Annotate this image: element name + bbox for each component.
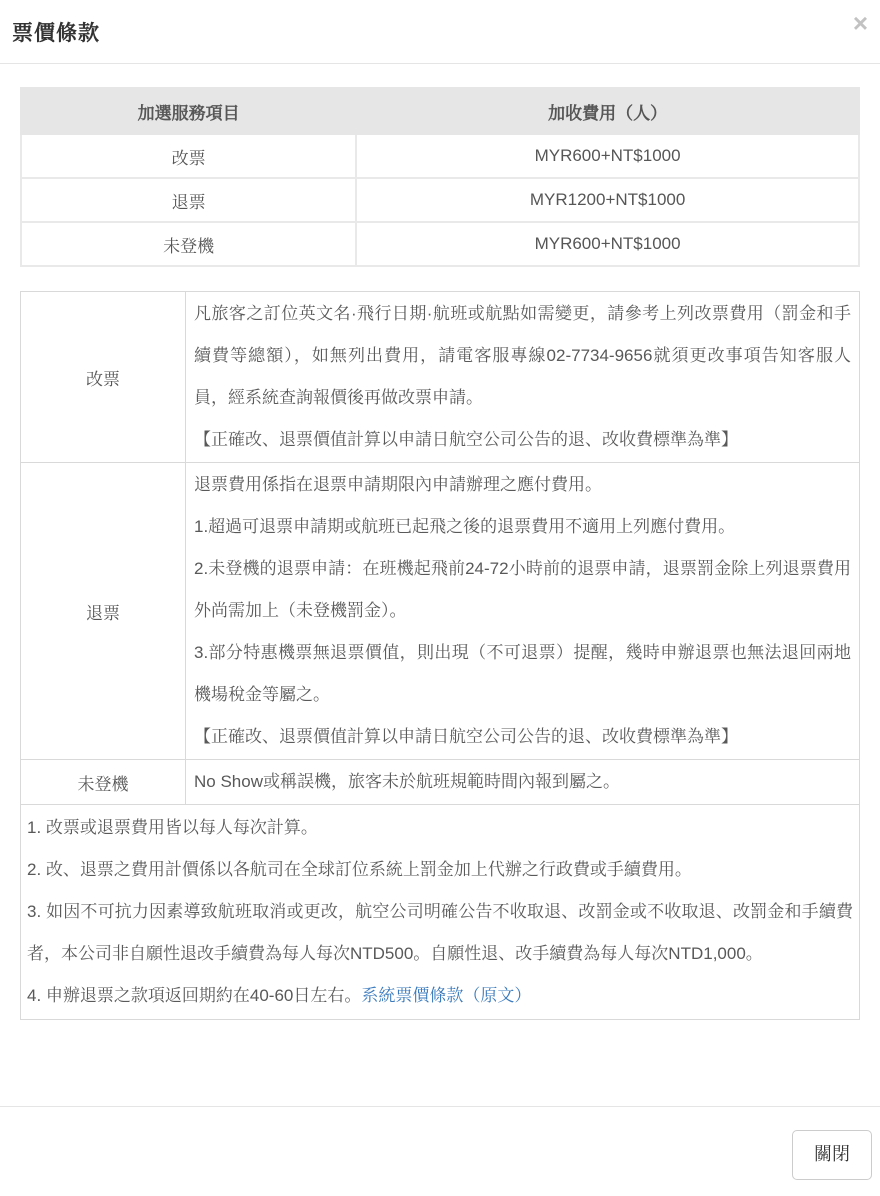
close-button[interactable]: 關閉 <box>792 1130 872 1180</box>
modal-footer: 關閉 <box>0 1106 880 1196</box>
fees-col-fee-header: 加收費用（人） <box>356 88 859 134</box>
terms-paragraph: 1.超過可退票申請期或航班已起飛之後的退票費用不適用上列應付費用。 <box>194 506 851 548</box>
note-item: 4. 申辦退票之款項返回期約在40-60日左右。系統票價條款（原文） <box>27 975 853 1017</box>
terms-row-content: No Show或稱誤機，旅客未於航班規範時間內報到屬之。 <box>186 760 860 805</box>
close-icon[interactable]: × <box>849 8 872 38</box>
terms-row-label: 退票 <box>21 463 186 760</box>
fees-fee-cell: MYR1200+NT$1000 <box>356 178 859 222</box>
terms-paragraph: No Show或稱誤機，旅客未於航班規範時間內報到屬之。 <box>194 761 851 803</box>
fees-item-cell: 未登機 <box>21 222 356 266</box>
terms-row-label: 改票 <box>21 292 186 463</box>
terms-row-label: 未登機 <box>21 760 186 805</box>
modal-title: 票價條款 <box>12 17 868 47</box>
terms-paragraph: 【正確改、退票價值計算以申請日航空公司公告的退、改收費標準為準】 <box>194 716 851 758</box>
fees-col-service-header: 加選服務項目 <box>21 88 356 134</box>
terms-table: 改票凡旅客之訂位英文名·飛行日期·航班或航點如需變更，請參考上列改票費用（罰金和… <box>20 291 860 1020</box>
fees-header-row: 加選服務項目 加收費用（人） <box>21 88 859 134</box>
terms-table-row: 未登機No Show或稱誤機，旅客未於航班規範時間內報到屬之。 <box>21 760 860 805</box>
terms-paragraph: 退票費用係指在退票申請期限內申請辦理之應付費用。 <box>194 464 851 506</box>
fees-table-row: 未登機MYR600+NT$1000 <box>21 222 859 266</box>
terms-table-row: 改票凡旅客之訂位英文名·飛行日期·航班或航點如需變更，請參考上列改票費用（罰金和… <box>21 292 860 463</box>
terms-paragraph: 3.部分特惠機票無退票價值，則出現（不可退票）提醒，幾時申辦退票也無法退回兩地機… <box>194 632 851 716</box>
note-item: 2. 改、退票之費用計價係以各航司在全球訂位系統上罰金加上代辦之行政費或手續費用… <box>27 849 853 891</box>
terms-row-content: 退票費用係指在退票申請期限內申請辦理之應付費用。1.超過可退票申請期或航班已起飛… <box>186 463 860 760</box>
fees-table: 加選服務項目 加收費用（人） 改票MYR600+NT$1000退票MYR1200… <box>20 87 860 267</box>
terms-notes-cell: 1. 改票或退票費用皆以每人每次計算。2. 改、退票之費用計價係以各航司在全球訂… <box>21 805 860 1020</box>
modal-body: 加選服務項目 加收費用（人） 改票MYR600+NT$1000退票MYR1200… <box>0 64 880 1106</box>
fees-table-row: 退票MYR1200+NT$1000 <box>21 178 859 222</box>
fees-fee-cell: MYR600+NT$1000 <box>356 222 859 266</box>
terms-notes-row: 1. 改票或退票費用皆以每人每次計算。2. 改、退票之費用計價係以各航司在全球訂… <box>21 805 860 1020</box>
terms-table-row: 退票退票費用係指在退票申請期限內申請辦理之應付費用。1.超過可退票申請期或航班已… <box>21 463 860 760</box>
fees-item-cell: 退票 <box>21 178 356 222</box>
fees-table-row: 改票MYR600+NT$1000 <box>21 134 859 178</box>
fees-fee-cell: MYR600+NT$1000 <box>356 134 859 178</box>
fare-terms-original-link[interactable]: 系統票價條款（原文） <box>361 986 531 1005</box>
note-item: 1. 改票或退票費用皆以每人每次計算。 <box>27 807 853 849</box>
fare-terms-modal: 票價條款 × 加選服務項目 加收費用（人） 改票MYR600+NT$1000退票… <box>0 0 880 1196</box>
terms-paragraph: 2.未登機的退票申請：在班機起飛前24-72小時前的退票申請，退票罰金除上列退票… <box>194 548 851 632</box>
modal-header: 票價條款 × <box>0 0 880 64</box>
terms-paragraph: 【正確改、退票價值計算以申請日航空公司公告的退、改收費標準為準】 <box>194 419 851 461</box>
note-item: 3. 如因不可抗力因素導致航班取消或更改，航空公司明確公告不收取退、改罰金或不收… <box>27 891 853 975</box>
fees-item-cell: 改票 <box>21 134 356 178</box>
terms-paragraph: 凡旅客之訂位英文名·飛行日期·航班或航點如需變更，請參考上列改票費用（罰金和手續… <box>194 293 851 419</box>
terms-row-content: 凡旅客之訂位英文名·飛行日期·航班或航點如需變更，請參考上列改票費用（罰金和手續… <box>186 292 860 463</box>
